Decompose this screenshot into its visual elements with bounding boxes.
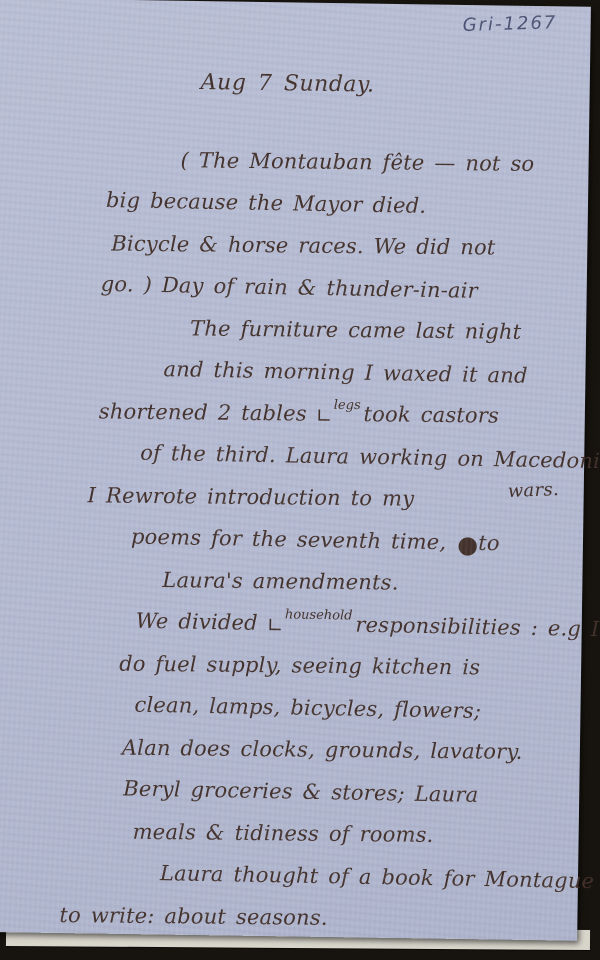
margin-note: wars. — [507, 479, 559, 502]
photo-backdrop: Gri-1267 Aug 7 Sunday. ( The Montauban f… — [0, 0, 600, 960]
archive-code: Gri-1267 — [462, 12, 557, 36]
manuscript-line-segment: We divided — [136, 609, 258, 635]
manuscript-line-segment: shortened 2 tables — [99, 399, 307, 425]
manuscript-line-segment: to — [478, 531, 500, 555]
insertion-caret-icon: ∟ — [316, 395, 333, 437]
manuscript-line-segment: poems for the seventh time, — [131, 525, 447, 555]
manuscript-line-segment: took castors — [363, 402, 499, 427]
manuscript-body: ( The Montauban fête — not so big becaus… — [0, 136, 589, 943]
date-heading: Aug 7 Sunday. — [200, 65, 589, 107]
inserted-word: household — [285, 607, 353, 623]
insertion-caret-icon: ∟ — [266, 604, 284, 646]
inserted-word: legs — [334, 398, 361, 413]
manuscript-line: to write: about seasons. — [0, 893, 578, 941]
manuscript-line-segment: responsibilities : e.g I — [355, 613, 599, 641]
manuscript-page: Gri-1267 Aug 7 Sunday. ( The Montauban f… — [0, 0, 591, 941]
